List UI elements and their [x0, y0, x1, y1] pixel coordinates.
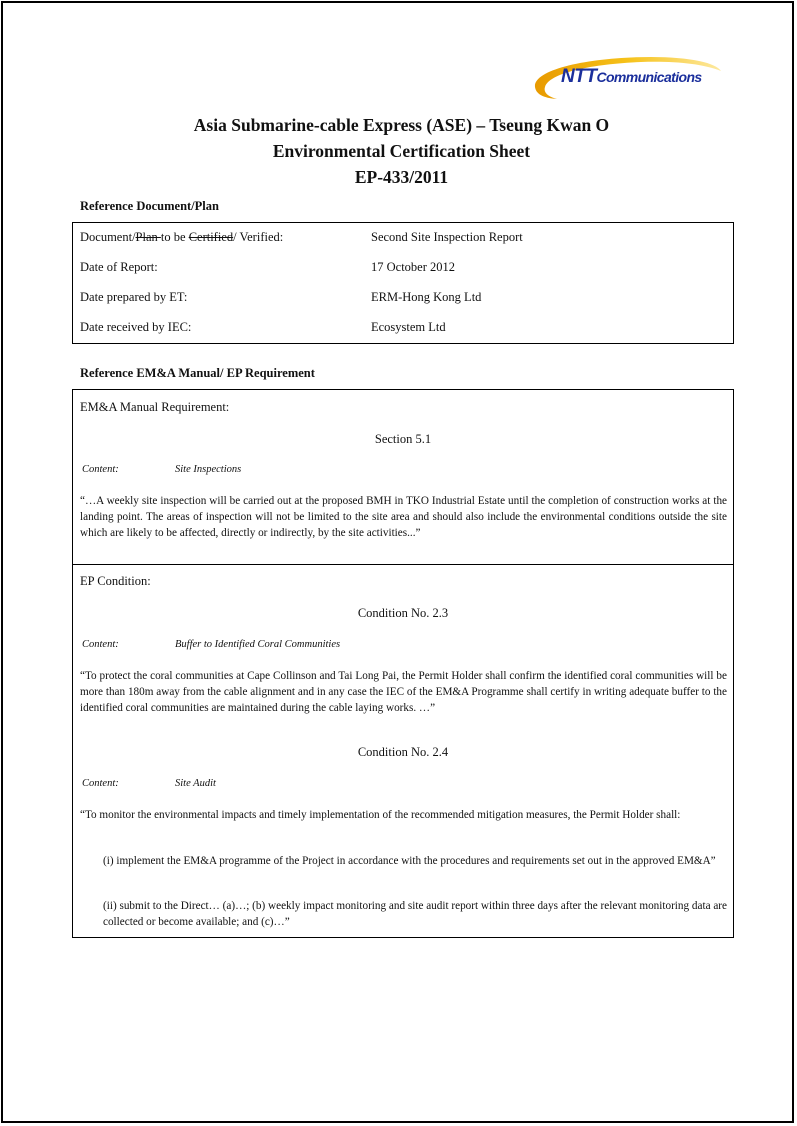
section-number: Section 5.1	[73, 432, 733, 447]
manual-quote: “…A weekly site inspection will be carri…	[80, 494, 727, 541]
table-row: Date of Report: 17 October 2012	[73, 260, 733, 280]
document-subtitle: Environmental Certification Sheet	[3, 141, 797, 162]
received-by-value: Ecosystem Ltd	[371, 320, 446, 335]
permit-number: EP-433/2011	[3, 167, 797, 188]
document-value: Second Site Inspection Report	[371, 230, 523, 245]
condition-item: (i) implement the EM&A programme of the …	[103, 854, 727, 870]
label-part-struck: Certified	[189, 230, 233, 244]
condition-item: (ii) submit to the Direct… (a)…; (b) wee…	[103, 899, 727, 931]
content-key: Content:	[82, 778, 175, 789]
condition-number: Condition No. 2.4	[73, 745, 733, 760]
logo-brand-strong: NTT	[561, 66, 596, 87]
content-key: Content:	[82, 639, 175, 650]
condition-quote: “To monitor the environmental impacts an…	[80, 808, 727, 824]
content-value: Site Audit	[175, 778, 216, 789]
date-of-report-label: Date of Report:	[80, 260, 158, 275]
content-key: Content:	[82, 464, 175, 475]
logo-brand-rest: Communications	[596, 69, 701, 85]
prepared-by-value: ERM-Hong Kong Ltd	[371, 290, 481, 305]
document-label: Document/Plan to be Certified/ Verified:	[80, 230, 283, 245]
document-page: NTTCommunications Asia Submarine-cable E…	[1, 1, 794, 1123]
condition-quote: “To protect the coral communities at Cap…	[80, 669, 727, 716]
logo-wordmark: NTTCommunications	[561, 66, 702, 88]
label-part-struck: Plan	[136, 230, 161, 244]
date-of-report-value: 17 October 2012	[371, 260, 455, 275]
reference-requirement-heading: Reference EM&A Manual/ EP Requirement	[80, 366, 315, 381]
content-line: Content:Site Audit	[82, 778, 216, 789]
table-row: Date received by IEC: Ecosystem Ltd	[73, 320, 733, 340]
condition-number: Condition No. 2.3	[73, 606, 733, 621]
reference-document-heading: Reference Document/Plan	[80, 199, 219, 214]
ep-condition-label: EP Condition:	[80, 574, 151, 589]
reference-requirement-table: EM&A Manual Requirement: Section 5.1 Con…	[72, 389, 734, 938]
ntt-communications-logo: NTTCommunications	[531, 53, 731, 101]
content-line: Content:Site Inspections	[82, 464, 241, 475]
table-row: Document/Plan to be Certified/ Verified:…	[73, 230, 733, 250]
label-part: Document/	[80, 230, 136, 244]
prepared-by-label: Date prepared by ET:	[80, 290, 187, 305]
table-row: Date prepared by ET: ERM-Hong Kong Ltd	[73, 290, 733, 310]
content-value: Buffer to Identified Coral Communities	[175, 639, 340, 650]
reference-document-table: Document/Plan to be Certified/ Verified:…	[72, 222, 734, 344]
document-title: Asia Submarine-cable Express (ASE) – Tse…	[3, 115, 797, 136]
label-part: / Verified:	[233, 230, 283, 244]
received-by-label: Date received by IEC:	[80, 320, 191, 335]
manual-requirement-label: EM&A Manual Requirement:	[80, 400, 229, 415]
content-line: Content:Buffer to Identified Coral Commu…	[82, 639, 340, 650]
label-part: to be	[161, 230, 189, 244]
content-value: Site Inspections	[175, 464, 241, 475]
row-divider	[73, 564, 733, 565]
